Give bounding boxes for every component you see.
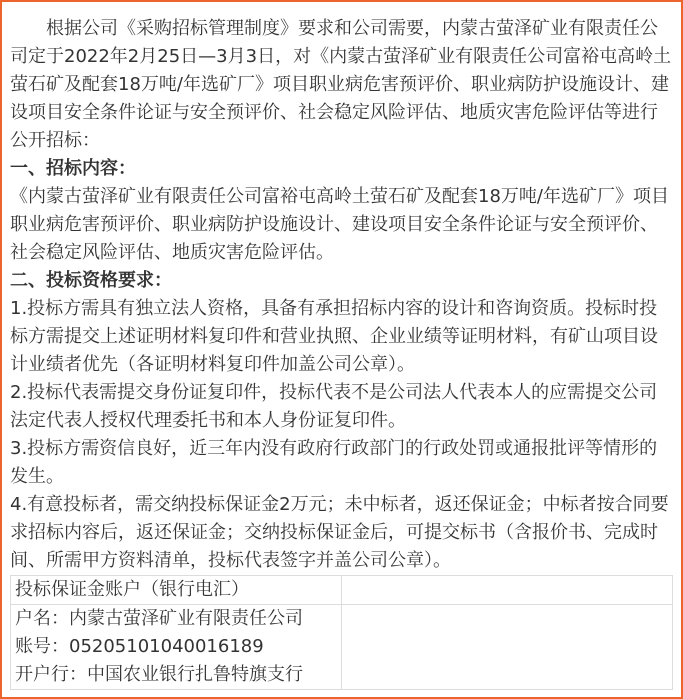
- table-row: 户名：内蒙古萤泽矿业有限责任公司 账号：05205101040016189 开户…: [11, 605, 673, 690]
- deposit-details-empty-cell: [342, 605, 673, 690]
- bank-branch-line: 开户行：中国农业银行扎鲁特旗支行: [15, 661, 337, 689]
- account-holder-line: 户名：内蒙古萤泽矿业有限责任公司: [15, 605, 337, 633]
- qualification-item-3: 3.投标方需资信良好，近三年内没有政府行政部门的行政处罚或通报批评等情形的发生。: [10, 435, 673, 491]
- intro-paragraph: 根据公司《采购招标管理制度》要求和公司需要，内蒙古萤泽矿业有限责任公司定于202…: [10, 15, 673, 155]
- qualification-heading: 二、投标资格要求：: [10, 267, 673, 295]
- deposit-account-empty-cell: [342, 576, 673, 605]
- table-row: 投标保证金账户（银行电汇）: [11, 576, 673, 605]
- deposit-account-table: 投标保证金账户（银行电汇） 户名：内蒙古萤泽矿业有限责任公司 账号：052051…: [10, 575, 673, 690]
- tender-notice-page: 根据公司《采购招标管理制度》要求和公司需要，内蒙古萤泽矿业有限责任公司定于202…: [0, 0, 683, 699]
- account-number-line: 账号：05205101040016189: [15, 633, 337, 661]
- deposit-account-details-cell: 户名：内蒙古萤泽矿业有限责任公司 账号：05205101040016189 开户…: [11, 605, 342, 690]
- qualification-item-2: 2.投标代表需提交身份证复印件，投标代表不是公司法人代表本人的应需提交公司法定代…: [10, 379, 673, 435]
- deposit-account-label-cell: 投标保证金账户（银行电汇）: [11, 576, 342, 605]
- bid-content-paragraph: 《内蒙古萤泽矿业有限责任公司富裕屯高岭土萤石矿及配套18万吨/年选矿厂》项目职业…: [10, 183, 673, 267]
- qualification-item-1: 1.投标方需具有独立法人资格，具备有承担招标内容的设计和咨询资质。投标时投标方需…: [10, 295, 673, 379]
- qualification-item-4: 4.有意投标者，需交纳投标保证金2万元；未中标者，返还保证金；中标者按合同要求招…: [10, 491, 673, 575]
- bid-content-heading: 一、招标内容：: [10, 155, 673, 183]
